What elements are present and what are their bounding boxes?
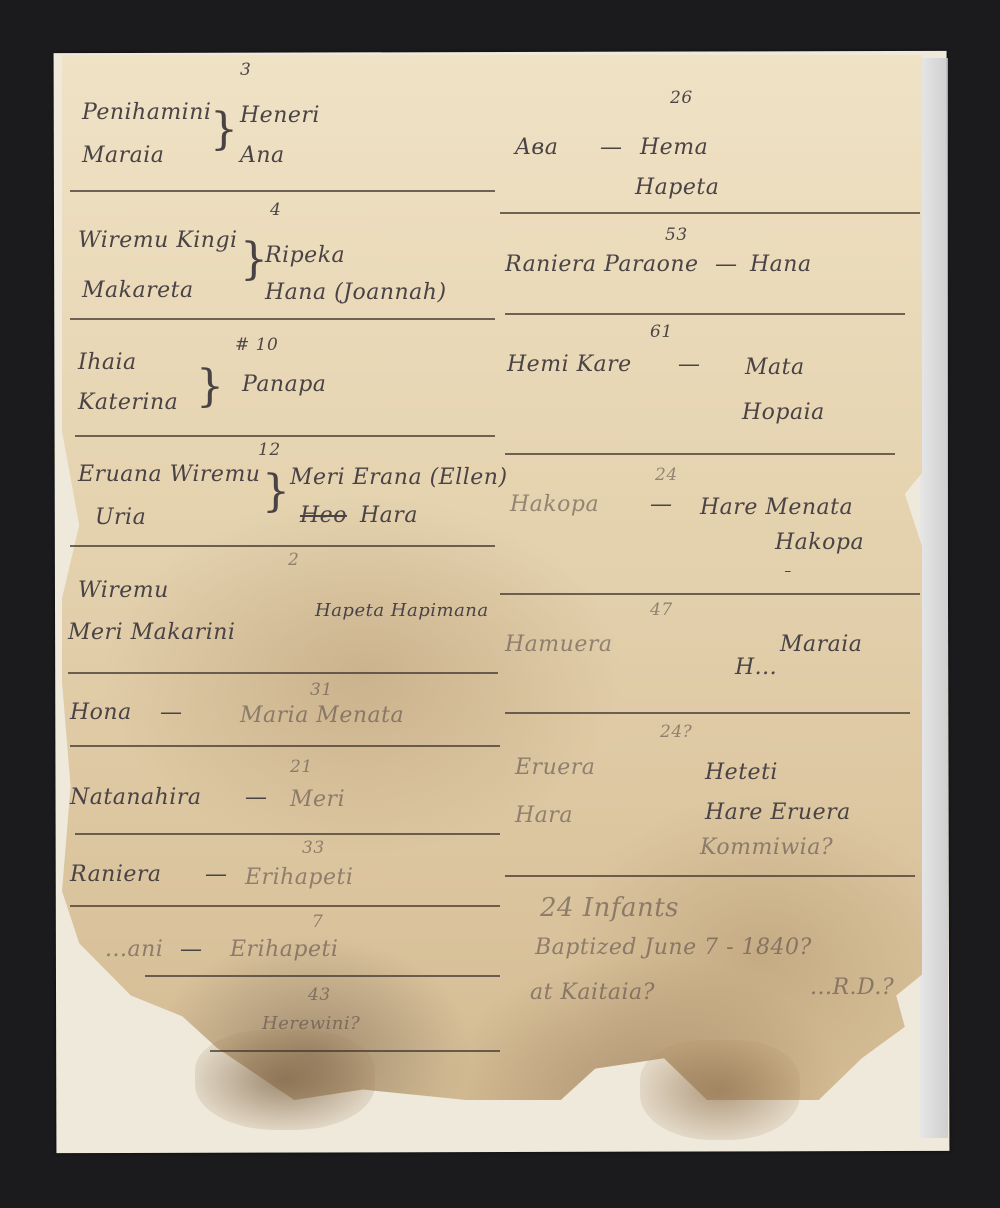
ruled-line [145,975,500,977]
entry-number: # 10 [235,335,278,355]
dash: — [205,862,228,887]
parent-name: Eruana Wiremu [78,462,260,487]
child-name: Heneri [240,103,320,128]
child-name: Ana [240,143,285,168]
ruled-line [505,453,895,455]
parent-name: Makareta [82,278,194,303]
parent-name: Wiremu Kingi [78,228,238,253]
child-name: Hare Eruera [705,800,851,825]
parent-name: Natanahira [70,785,201,810]
child-name: Kommiwia? [700,835,833,860]
entry-number: 33 [302,838,325,858]
child-name: Maria Menata [240,703,404,728]
ruled-line [505,875,915,877]
ruled-line [75,435,495,437]
child-name: Hopaia [742,400,825,425]
entry-number: 12 [258,440,281,460]
child-name: Meri [290,787,345,812]
parent-name: Hakopa [510,492,599,517]
entry-number: 21 [290,757,313,777]
ruled-line [70,905,500,907]
child-name: Meri Erana (Ellen) [290,465,508,490]
parent-name: Maraia [82,143,164,168]
parent-name: Eruera [515,755,595,780]
dash: — [650,492,673,517]
parent-name: ...ani [105,937,163,962]
entry-number: 26 [670,88,693,108]
dash: — [245,785,268,810]
summary-date: Baptized June 7 - 1840? [535,935,812,960]
parent-name: Raniera [70,862,162,887]
entry-number: 61 [650,322,673,342]
brace-icon: } [196,365,224,409]
dash: — [180,937,203,962]
ruled-line [70,190,495,192]
ruled-line [70,318,495,320]
parent-name: Hamuera [505,632,612,657]
entry-number: 53 [665,225,688,245]
ruled-line [70,745,500,747]
parent-name: Hemi Kare [507,352,632,377]
ruled-line [500,593,920,595]
dash: — [160,700,183,725]
dash: — [715,252,738,277]
entry-number: 24 [655,465,678,485]
entry-number: 7 [312,912,323,932]
parent-name: Katerina [78,390,178,415]
child-name: Hakopa [775,530,864,555]
dash: — [678,352,701,377]
ruled-line [210,1050,500,1052]
tissue-overlay [920,58,948,1138]
parent-name: Hona [70,700,132,725]
entry-number: 31 [310,680,333,700]
summary-place: at Kaitaia? [530,980,655,1005]
dash: — [600,135,623,160]
ruled-line [505,712,910,714]
child-name: Hare Menata [700,495,853,520]
entry-number: 47 [650,600,673,620]
child-name: Hema [640,135,708,160]
parent-name: Meri Makarini [68,620,235,645]
parent-name: Aва [515,135,558,160]
signature: ...R.D.? [810,975,894,1000]
ruled-line [70,545,495,547]
brace-icon: } [210,108,238,152]
child-name: Hana (Joannah) [265,280,447,305]
entry-number: 24? [660,722,692,742]
parent-name: Uria [95,505,146,530]
parent-name: Hara [515,803,573,828]
child-name: Mata [745,355,805,380]
parent-name: Ihaia [78,350,137,375]
ruled-line [500,212,920,214]
entry-number: 43 [308,985,331,1005]
entry-number: 3 [240,60,251,80]
child-name: Panapa [242,372,326,397]
brace-icon: } [262,470,290,514]
entry-number-value: 10 [256,335,279,355]
child-name: Herewini? [262,1013,360,1034]
child-name: Hapeta [635,175,719,200]
child-name: Hapeta Hapimana [315,600,489,621]
child-name: Maraia [780,632,862,657]
parent-name: Raniera Paraone [505,252,699,277]
water-stain [195,1030,375,1130]
ruled-line [75,833,500,835]
child-name: Hana [750,252,812,277]
ruled-line [505,313,905,315]
hash-mark: # [235,335,250,355]
child-name: Erihapeti [230,937,338,962]
brace-icon: } [240,238,268,282]
parent-name: Penihamini [82,100,211,125]
entry-number: 4 [270,200,281,220]
child-name: H... [735,655,777,680]
child-name: Heteti [705,760,778,785]
ruled-line [68,672,498,674]
child-name: Ripeka [265,243,345,268]
entry-number: 2 [288,550,299,570]
child-name: Hara [360,503,418,528]
child-name: Erihapeti [245,865,353,890]
water-stain [640,1040,800,1140]
summary-count: 24 Infants [540,893,679,923]
parent-name: Wiremu [78,578,169,603]
struck-out-text: Heo [300,503,347,528]
struck-out-text [785,562,791,581]
